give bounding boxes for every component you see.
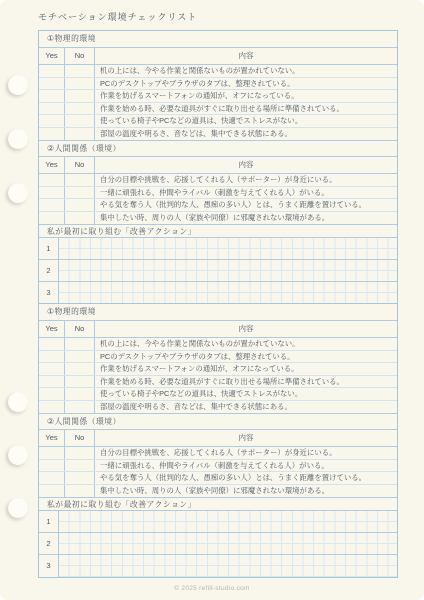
copyright-footer: © 2025 refill-studio.com <box>0 585 424 592</box>
action-row: 3 <box>39 282 397 304</box>
action-row-number: 3 <box>39 282 59 304</box>
checklist-item-text: 部屋の温度や明るさ、音などは、集中できる状態にある。 <box>95 128 397 141</box>
checklist-item-text: 使っている椅子やPCなどの道具は、快適でストレスがない。 <box>95 388 397 400</box>
checklist-row: 自分の目標や挑戦を、応援してくれる人（サポーター）が身近にいる。 <box>39 174 397 187</box>
content-column-header: 内容 <box>95 48 397 64</box>
checklist-row: 使っている椅子やPCなどの道具は、快適でストレスがない。 <box>39 115 397 128</box>
action-rows: 123 <box>39 511 397 577</box>
no-checkbox-cell <box>65 460 95 472</box>
punch-hole <box>8 183 28 203</box>
section-band: ①物理的環境 <box>39 31 397 48</box>
no-checkbox-cell <box>65 388 95 400</box>
no-checkbox-cell <box>65 363 95 375</box>
yes-column-header: Yes <box>39 321 65 337</box>
column-header-row: YesNo内容 <box>39 157 397 174</box>
punch-hole <box>8 392 28 412</box>
checklist-row: PCのデスクトップやブラウザのタブは、整理されている。 <box>39 351 397 364</box>
column-header-row: YesNo内容 <box>39 321 397 338</box>
no-checkbox-cell <box>65 351 95 363</box>
checklist-item-text: 作業を始める時、必要な道具がすぐに取り出せる場所に準備されている。 <box>95 103 397 115</box>
punch-hole <box>8 445 28 465</box>
checklist-item-text: 集中したい時、周りの人（家族や同僚）に邪魔されない環境がある。 <box>95 212 397 225</box>
yes-checkbox-cell <box>39 447 65 459</box>
checklist-row: やる気を奪う人（批判的な人、愚痴の多い人）とは、うまく距離を置けている。 <box>39 472 397 485</box>
checklist-row: 作業を妨げるスマートフォンの通知が、オフになっている。 <box>39 363 397 376</box>
no-checkbox-cell <box>65 128 95 141</box>
action-row-number: 2 <box>39 260 59 281</box>
checklist-item-text: 作業を妨げるスマートフォンの通知が、オフになっている。 <box>95 363 397 375</box>
checklist-row: 机の上には、今やる作業と関係ないものが置かれていない。 <box>39 338 397 351</box>
section-band: ②人間関係（環境） <box>39 140 397 157</box>
action-row-number: 2 <box>39 533 59 554</box>
no-column-header: No <box>65 430 95 446</box>
no-checkbox-cell <box>65 65 95 77</box>
checklist-row: 部屋の温度や明るさ、音などは、集中できる状態にある。 <box>39 128 397 141</box>
yes-checkbox-cell <box>39 65 65 77</box>
checklist-item-text: やる気を奪う人（批判的な人、愚痴の多い人）とは、うまく距離を置けている。 <box>95 199 397 211</box>
yes-checkbox-cell <box>39 212 65 225</box>
action-row: 2 <box>39 533 397 555</box>
checklist-row: 一緒に頑張れる、仲間やライバル（刺激を与えてくれる人）がいる。 <box>39 187 397 200</box>
checklist-row: PCのデスクトップやブラウザのタブは、整理されている。 <box>39 78 397 91</box>
yes-checkbox-cell <box>39 115 65 127</box>
checklist-item-text: 自分の目標や挑戦を、応援してくれる人（サポーター）が身近にいる。 <box>95 447 397 459</box>
action-writing-grid <box>59 533 397 554</box>
checklist-row: やる気を奪う人（批判的な人、愚痴の多い人）とは、うまく距離を置けている。 <box>39 199 397 212</box>
yes-checkbox-cell <box>39 472 65 484</box>
no-checkbox-cell <box>65 103 95 115</box>
no-column-header: No <box>65 157 95 173</box>
yes-checkbox-cell <box>39 199 65 211</box>
action-row: 1 <box>39 238 397 260</box>
checklist-item-text: 机の上には、今やる作業と関係ないものが置かれていない。 <box>95 338 397 350</box>
content-column-header: 内容 <box>95 430 397 446</box>
action-band: 私が最初に取り組む「改善アクション」 <box>39 224 397 238</box>
yes-checkbox-cell <box>39 187 65 199</box>
no-checkbox-cell <box>65 485 95 498</box>
checklist-row: 作業を始める時、必要な道具がすぐに取り出せる場所に準備されている。 <box>39 103 397 116</box>
checklist-rows: 自分の目標や挑戦を、応援してくれる人（サポーター）が身近にいる。一緒に頑張れる、… <box>39 447 397 497</box>
column-header-row: YesNo内容 <box>39 48 397 65</box>
checklist-item-text: 使っている椅子やPCなどの道具は、快適でストレスがない。 <box>95 115 397 127</box>
no-checkbox-cell <box>65 338 95 350</box>
checklist-item-text: 作業を妨げるスマートフォンの通知が、オフになっている。 <box>95 90 397 102</box>
yes-checkbox-cell <box>39 485 65 498</box>
no-checkbox-cell <box>65 472 95 484</box>
no-checkbox-cell <box>65 212 95 225</box>
action-writing-grid <box>59 282 397 304</box>
column-header-row: YesNo内容 <box>39 430 397 447</box>
checklist-table: ①物理的環境YesNo内容机の上には、今やる作業と関係ないものが置かれていない。… <box>38 30 398 305</box>
checklist-item-text: 机の上には、今やる作業と関係ないものが置かれていない。 <box>95 65 397 77</box>
checklist-section: ②人間関係（環境）YesNo内容自分の目標や挑戦を、応援してくれる人（サポーター… <box>39 413 397 497</box>
yes-checkbox-cell <box>39 376 65 388</box>
no-column-header: No <box>65 48 95 64</box>
checklist-table: ①物理的環境YesNo内容机の上には、今やる作業と関係ないものが置かれていない。… <box>38 303 398 578</box>
action-writing-grid <box>59 238 397 259</box>
checklist-item-text: 集中したい時、周りの人（家族や同僚）に邪魔されない環境がある。 <box>95 485 397 498</box>
checklist-rows: 自分の目標や挑戦を、応援してくれる人（サポーター）が身近にいる。一緒に頑張れる、… <box>39 174 397 224</box>
action-row: 1 <box>39 511 397 533</box>
punch-hole <box>8 75 28 95</box>
checklist-row: 作業を始める時、必要な道具がすぐに取り出せる場所に準備されている。 <box>39 376 397 389</box>
yes-checkbox-cell <box>39 401 65 414</box>
checklist-item-text: 部屋の温度や明るさ、音などは、集中できる状態にある。 <box>95 401 397 414</box>
no-checkbox-cell <box>65 376 95 388</box>
checklist-row: 自分の目標や挑戦を、応援してくれる人（サポーター）が身近にいる。 <box>39 447 397 460</box>
action-row-number: 3 <box>39 555 59 577</box>
checklist-item-text: PCのデスクトップやブラウザのタブは、整理されている。 <box>95 78 397 90</box>
scanned-refill-page: モチベーション環境チェックリスト ①物理的環境YesNo内容机の上には、今やる作… <box>0 0 424 600</box>
yes-checkbox-cell <box>39 174 65 186</box>
checklist-item-text: 一緒に頑張れる、仲間やライバル（刺激を与えてくれる人）がいる。 <box>95 187 397 199</box>
yes-checkbox-cell <box>39 103 65 115</box>
checklist-item-text: 一緒に頑張れる、仲間やライバル（刺激を与えてくれる人）がいる。 <box>95 460 397 472</box>
yes-checkbox-cell <box>39 338 65 350</box>
checklist-row: 集中したい時、周りの人（家族や同僚）に邪魔されない環境がある。 <box>39 212 397 225</box>
page-title: モチベーション環境チェックリスト <box>38 10 197 23</box>
section-band: ②人間関係（環境） <box>39 413 397 430</box>
checklist-row: 一緒に頑張れる、仲間やライバル（刺激を与えてくれる人）がいる。 <box>39 460 397 473</box>
yes-checkbox-cell <box>39 460 65 472</box>
content-column-header: 内容 <box>95 321 397 337</box>
action-row: 2 <box>39 260 397 282</box>
checklist-rows: 机の上には、今やる作業と関係ないものが置かれていない。PCのデスクトップやブラウ… <box>39 65 397 140</box>
action-row-number: 1 <box>39 511 59 532</box>
yes-checkbox-cell <box>39 388 65 400</box>
action-row-number: 1 <box>39 238 59 259</box>
no-checkbox-cell <box>65 401 95 414</box>
checklist-section: ②人間関係（環境）YesNo内容自分の目標や挑戦を、応援してくれる人（サポーター… <box>39 140 397 224</box>
no-column-header: No <box>65 321 95 337</box>
no-checkbox-cell <box>65 187 95 199</box>
checklist-row: 部屋の温度や明るさ、音などは、集中できる状態にある。 <box>39 401 397 414</box>
action-rows: 123 <box>39 238 397 304</box>
section-band: ①物理的環境 <box>39 304 397 321</box>
yes-checkbox-cell <box>39 351 65 363</box>
no-checkbox-cell <box>65 199 95 211</box>
yes-checkbox-cell <box>39 78 65 90</box>
checklist-row: 作業を妨げるスマートフォンの通知が、オフになっている。 <box>39 90 397 103</box>
punch-hole <box>8 498 28 518</box>
checklist-item-text: 自分の目標や挑戦を、応援してくれる人（サポーター）が身近にいる。 <box>95 174 397 186</box>
no-checkbox-cell <box>65 90 95 102</box>
action-row: 3 <box>39 555 397 577</box>
action-writing-grid <box>59 511 397 532</box>
checklist-rows: 机の上には、今やる作業と関係ないものが置かれていない。PCのデスクトップやブラウ… <box>39 338 397 413</box>
no-checkbox-cell <box>65 447 95 459</box>
action-band: 私が最初に取り組む「改善アクション」 <box>39 497 397 511</box>
yes-column-header: Yes <box>39 48 65 64</box>
checklist-section: ①物理的環境YesNo内容机の上には、今やる作業と関係ないものが置かれていない。… <box>39 304 397 413</box>
action-writing-grid <box>59 555 397 577</box>
action-writing-grid <box>59 260 397 281</box>
punch-hole <box>8 129 28 149</box>
yes-checkbox-cell <box>39 128 65 141</box>
content-column-header: 内容 <box>95 157 397 173</box>
yes-column-header: Yes <box>39 157 65 173</box>
yes-checkbox-cell <box>39 363 65 375</box>
checklist-item-text: やる気を奪う人（批判的な人、愚痴の多い人）とは、うまく距離を置けている。 <box>95 472 397 484</box>
checklist-row: 集中したい時、周りの人（家族や同僚）に邪魔されない環境がある。 <box>39 485 397 498</box>
no-checkbox-cell <box>65 174 95 186</box>
no-checkbox-cell <box>65 115 95 127</box>
no-checkbox-cell <box>65 78 95 90</box>
checklist-row: 机の上には、今やる作業と関係ないものが置かれていない。 <box>39 65 397 78</box>
yes-checkbox-cell <box>39 90 65 102</box>
yes-column-header: Yes <box>39 430 65 446</box>
checklist-section: ①物理的環境YesNo内容机の上には、今やる作業と関係ないものが置かれていない。… <box>39 31 397 140</box>
checklist-item-text: 作業を始める時、必要な道具がすぐに取り出せる場所に準備されている。 <box>95 376 397 388</box>
checklist-item-text: PCのデスクトップやブラウザのタブは、整理されている。 <box>95 351 397 363</box>
checklist-row: 使っている椅子やPCなどの道具は、快適でストレスがない。 <box>39 388 397 401</box>
